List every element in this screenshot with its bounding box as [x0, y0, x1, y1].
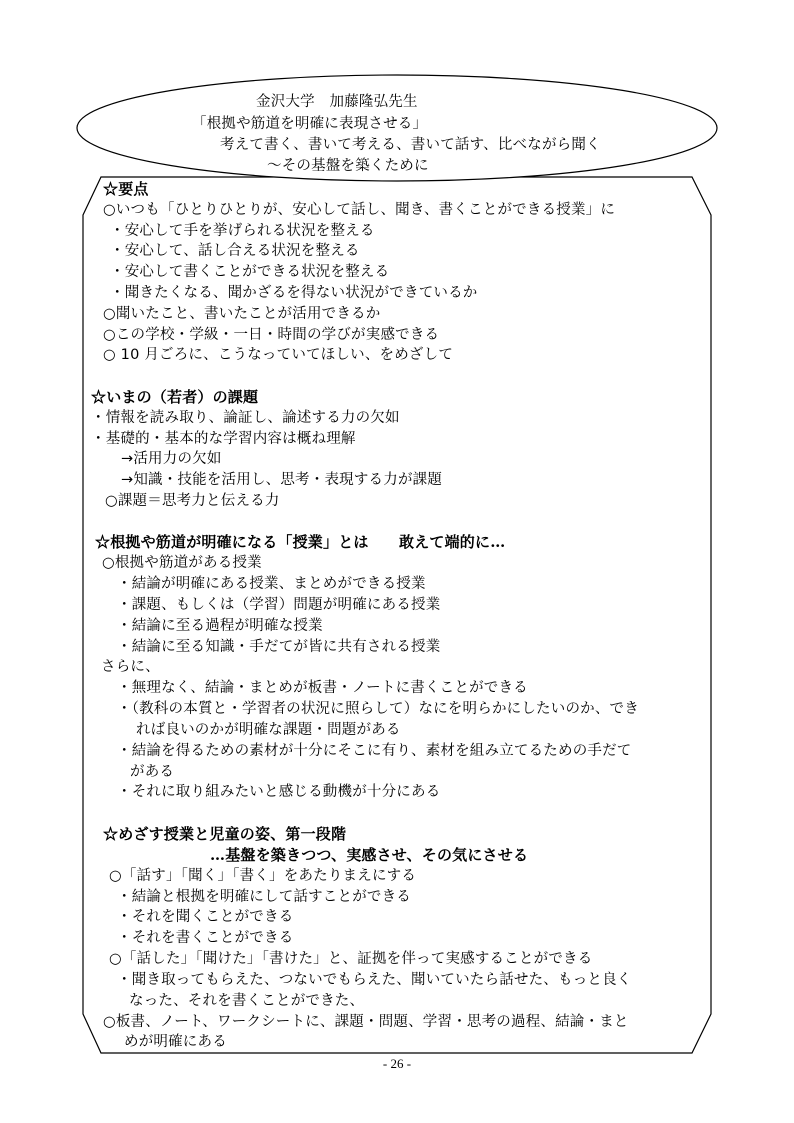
list-item: ・それに取り組みたいと感じる動機が十分にある [117, 782, 440, 802]
list-item: ・基礎的・基本的な学習内容は概ね理解 [91, 429, 356, 449]
section-heading: ☆要点 [103, 179, 149, 199]
list-item: ・聞き取ってもらえた、つないでもらえた、聞いていたら話せた、もっと良く [117, 970, 632, 990]
header-subtitle: 考えて書く、書いて考える、書いて話す、比べながら聞く [220, 135, 601, 155]
header-title: 「根拠や筋道を明確に表現させる」 [192, 114, 427, 134]
list-item: ○聞いたこと、書いたことが活用できるか [103, 304, 380, 324]
list-item: ・無理なく、結論・まとめが板書・ノートに書くことができる [117, 678, 528, 698]
list-item: なった、それを書くことができた、 [129, 991, 364, 1011]
section-heading: ☆めざす授業と児童の姿、第一段階 [103, 824, 346, 844]
header-subtitle2: ～その基盤を築くために [267, 156, 429, 176]
list-item: ○課題＝思考力と伝える力 [105, 491, 280, 511]
list-item: ・結論と根拠を明確にして話すことができる [117, 887, 411, 907]
list-item: ・結論に至る過程が明確な授業 [117, 616, 323, 636]
list-item: さらに、 [101, 657, 160, 677]
list-item: がある [130, 762, 174, 782]
list-item: →活用力の欠如 [121, 449, 222, 469]
list-item: ○根拠や筋道がある授業 [102, 553, 262, 573]
section-heading: ☆いまの（若者）の課題 [91, 387, 258, 407]
page-number: - 26 - [0, 1056, 794, 1072]
section-heading: ☆根拠や筋道が明確になる「授業」とは 敢えて端的に… [95, 532, 505, 552]
list-item: ・結論を得るための素材が十分にそこに有り、素材を組み立てるための手だて [117, 741, 632, 761]
list-item: ・安心して書くことができる状況を整える [110, 262, 389, 282]
list-item: れば良いのかが明確な課題・問題がある [136, 720, 401, 740]
list-item: ・情報を読み取り、論証し、論述する力の欠如 [91, 408, 400, 428]
list-item: ・安心して、話し合える状況を整える [110, 241, 360, 261]
section-subheading: …基盤を築きつつ、実感させ、その気にさせる [210, 845, 528, 865]
list-item: ・課題、もしくは（学習）問題が明確にある授業 [117, 595, 440, 615]
list-item: ・それを書くことができる [117, 928, 293, 948]
list-item: めが明確にある [124, 1032, 227, 1052]
header-author: 金沢大学 加藤隆弘先生 [256, 92, 418, 112]
list-item: ・（教科の本質と・学習者の状況に照らして）なにを明らかにしたいのか、でき [117, 699, 639, 719]
list-item: ○板書、ノート、ワークシートに、課題・問題、学習・思考の過程、結論・まと [103, 1012, 629, 1032]
list-item: ・それを聞くことができる [117, 907, 293, 927]
list-item: ・聞きたくなる、聞かざるを得ない状況ができているか [110, 283, 478, 303]
list-item: →知識・技能を活用し、思考・表現する力が課題 [121, 470, 442, 490]
list-item: ・安心して手を挙げられる状況を整える [110, 221, 375, 241]
list-item: ○ 10 月ごろに、こうなっていてほしい、をめざして [103, 345, 453, 365]
list-item: ○この学校・学級・一日・時間の学びが実感できる [103, 325, 439, 345]
list-item: ・結論に至る知識・手だてが皆に共有される授業 [117, 637, 440, 657]
list-item: ○「話した」「聞けた」「書けた」と、証拠を伴って実感することができる [109, 949, 592, 969]
list-item: ・結論が明確にある授業、まとめができる授業 [117, 574, 426, 594]
list-item: ○「話す」「聞く」「書く」をあたりまえにする [109, 866, 416, 886]
list-item: ○いつも「ひとりひとりが、安心して話し、聞き、書くことができる授業」に [103, 200, 615, 220]
